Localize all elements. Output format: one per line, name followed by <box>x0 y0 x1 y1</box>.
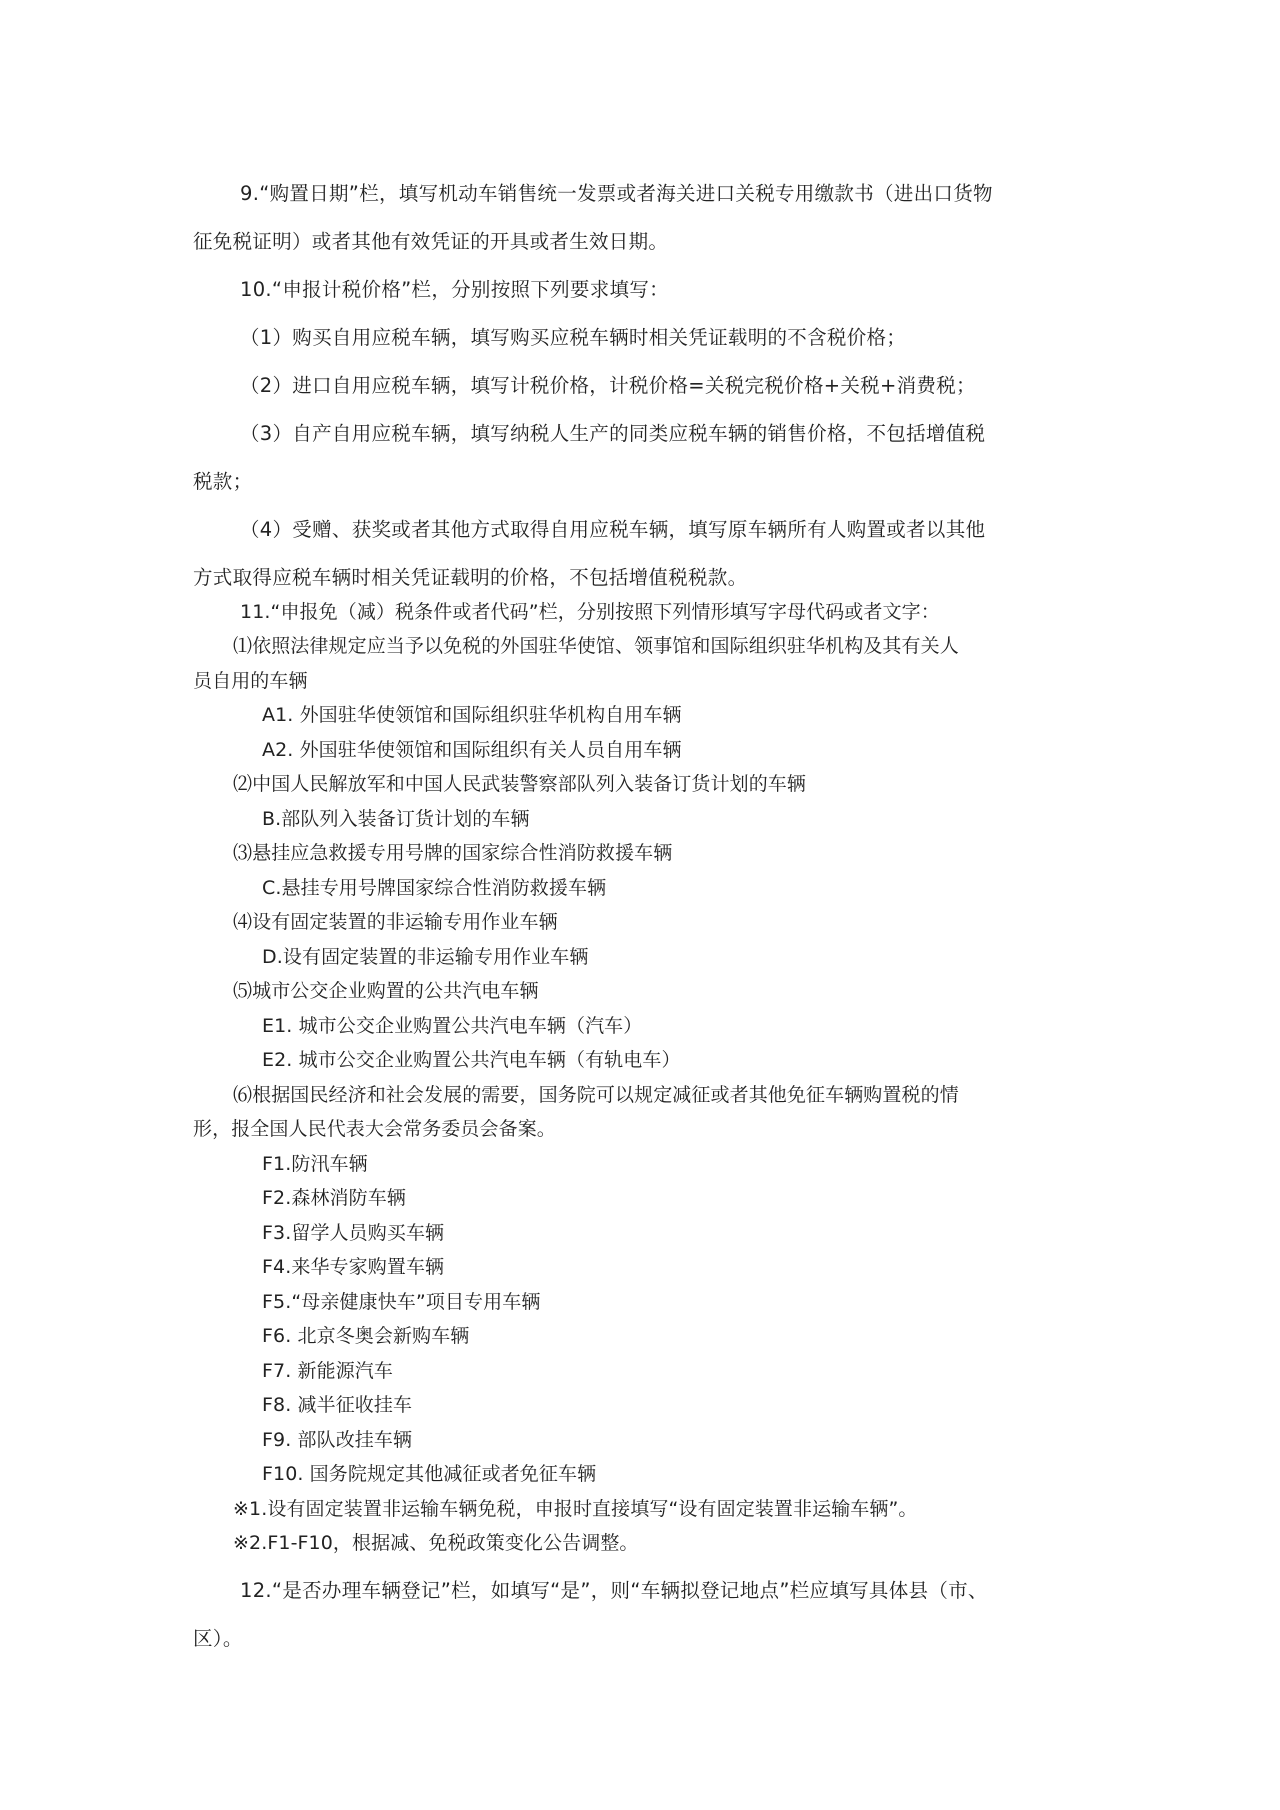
code-f5: F5.“母亲健康快车”项目专用车辆 <box>262 1290 540 1314</box>
item11-cat5: ⑸城市公交企业购置的公共汽电车辆 <box>233 979 539 1003</box>
note-2: ※2.F1-F10，根据减、免税政策变化公告调整。 <box>233 1531 639 1555</box>
item9-line2: 征免税证明）或者其他有效凭证的开具或者生效日期。 <box>193 230 668 254</box>
code-e1: E1. 城市公交企业购置公共汽电车辆（汽车） <box>262 1014 642 1038</box>
item11-cat1-line1: ⑴依照法律规定应当予以免税的外国驻华使馆、领事馆和国际组织驻华机构及其有关人 <box>233 634 959 658</box>
item11-cat4: ⑷设有固定装置的非运输专用作业车辆 <box>233 910 558 934</box>
code-f7: F7. 新能源汽车 <box>262 1359 393 1383</box>
item11-cat1-line2: 员自用的车辆 <box>193 669 308 693</box>
item10-sub3-line2: 税款； <box>193 470 252 494</box>
item10-sub4-line1: （4）受赠、获奖或者其他方式取得自用应税车辆，填写原车辆所有人购置或者以其他 <box>240 518 985 542</box>
code-f4: F4.来华专家购置车辆 <box>262 1255 444 1279</box>
note-1: ※1.设有固定装置非运输车辆免税，申报时直接填写“设有固定装置非运输车辆”。 <box>233 1497 918 1521</box>
item11-heading: 11.“申报免（减）税条件或者代码”栏，分别按照下列情形填写字母代码或者文字： <box>240 600 940 624</box>
item12-line2: 区）。 <box>193 1627 243 1651</box>
item12-line1: 12.“是否办理车辆登记”栏，如填写“是”，则“车辆拟登记地点”栏应填写具体县（… <box>240 1579 988 1603</box>
code-e2: E2. 城市公交企业购置公共汽电车辆（有轨电车） <box>262 1048 681 1072</box>
code-a1: A1. 外国驻华使领馆和国际组织驻华机构自用车辆 <box>262 703 682 727</box>
item11-cat6-line2: 形，报全国人民代表大会常务委员会备案。 <box>193 1117 556 1141</box>
code-f6: F6. 北京冬奥会新购车辆 <box>262 1324 469 1348</box>
code-f1: F1.防汛车辆 <box>262 1152 368 1176</box>
document-page: 9.“购置日期”栏，填写机动车销售统一发票或者海关进口关税专用缴款书（进出口货物… <box>0 0 1280 1810</box>
code-f9: F9. 部队改挂车辆 <box>262 1428 412 1452</box>
code-c: C.悬挂专用号牌国家综合性消防救援车辆 <box>262 876 606 900</box>
item11-cat6-line1: ⑹根据国民经济和社会发展的需要，国务院可以规定减征或者其他免征车辆购置税的情 <box>233 1083 959 1107</box>
code-a2: A2. 外国驻华使领馆和国际组织有关人员自用车辆 <box>262 738 682 762</box>
code-f3: F3.留学人员购买车辆 <box>262 1221 444 1245</box>
item10-sub1: （1）购买自用应税车辆，填写购买应税车辆时相关凭证载明的不含税价格； <box>240 326 906 350</box>
item10-sub4-line2: 方式取得应税车辆时相关凭证载明的价格，不包括增值税税款。 <box>193 566 747 590</box>
item11-cat3: ⑶悬挂应急救援专用号牌的国家综合性消防救援车辆 <box>233 841 672 865</box>
code-b: B.部队列入装备订货计划的车辆 <box>262 807 530 831</box>
item10-sub2: （2）进口自用应税车辆，填写计税价格，计税价格=关税完税价格+关税+消费税； <box>240 374 976 398</box>
item11-cat2: ⑵中国人民解放军和中国人民武装警察部队列入装备订货计划的车辆 <box>233 772 806 796</box>
item10-heading: 10.“申报计税价格”栏，分别按照下列要求填写： <box>240 278 669 302</box>
code-f10: F10. 国务院规定其他减征或者免征车辆 <box>262 1462 596 1486</box>
code-f2: F2.森林消防车辆 <box>262 1186 406 1210</box>
code-f8: F8. 减半征收挂车 <box>262 1393 412 1417</box>
item9-line1: 9.“购置日期”栏，填写机动车销售统一发票或者海关进口关税专用缴款书（进出口货物 <box>240 182 993 206</box>
code-d: D.设有固定装置的非运输专用作业车辆 <box>262 945 588 969</box>
item10-sub3-line1: （3）自产自用应税车辆，填写纳税人生产的同类应税车辆的销售价格，不包括增值税 <box>240 422 985 446</box>
